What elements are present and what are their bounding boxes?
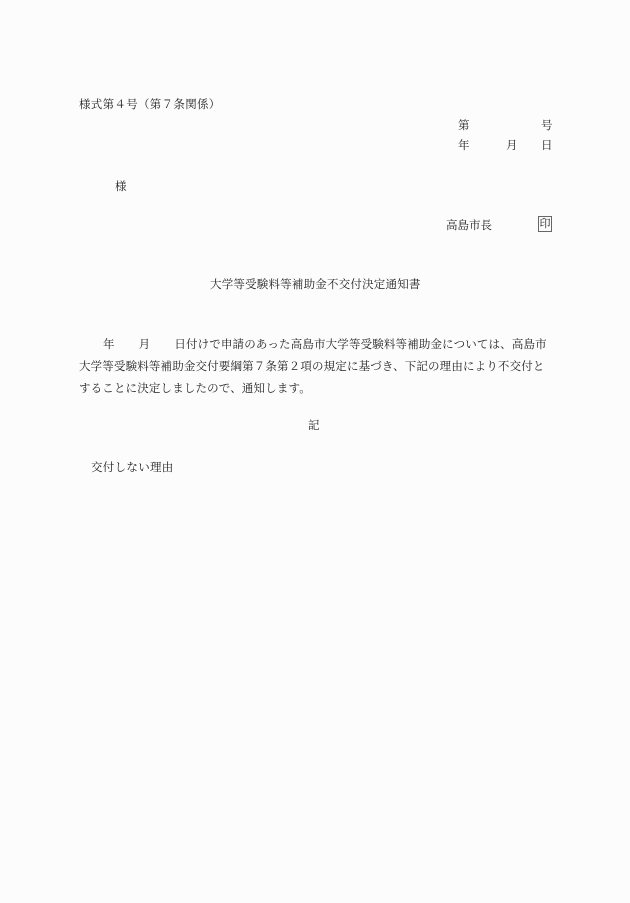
reason-label: 交付しない理由 <box>91 460 174 474</box>
doc-number-suffix: 号 <box>541 118 553 132</box>
date-year: 年 <box>458 138 470 152</box>
ki-heading: 記 <box>308 418 320 432</box>
body-line-1-text: 日付けで申請のあった高島市大学等受験料等補助金については、高島市 <box>174 337 546 351</box>
addressee-suffix: 様 <box>115 179 127 193</box>
doc-number-prefix: 第 <box>458 118 470 132</box>
issuer-name: 高島市長 <box>446 218 492 232</box>
date-day: 日 <box>541 138 553 152</box>
body-line-3: することに決定しましたので、通知します。 <box>79 377 553 399</box>
body-line-1: 年月日付けで申請のあった高島市大学等受験料等補助金については、高島市 <box>79 333 553 355</box>
body-year: 年 <box>103 337 115 351</box>
document-title: 大学等受験料等補助金不交付決定通知書 <box>210 277 421 291</box>
body-line-2: 大学等受験料等補助金交付要綱第７条第２項の規定に基づき、下記の理由により不交付と <box>79 355 553 377</box>
date-month: 月 <box>506 138 518 152</box>
body-month: 月 <box>139 337 151 351</box>
form-number: 様式第４号（第７条関係） <box>79 97 221 111</box>
body-paragraph: 年月日付けで申請のあった高島市大学等受験料等補助金については、高島市 大学等受験… <box>79 333 553 399</box>
seal-stamp-icon: 印 <box>538 216 552 232</box>
